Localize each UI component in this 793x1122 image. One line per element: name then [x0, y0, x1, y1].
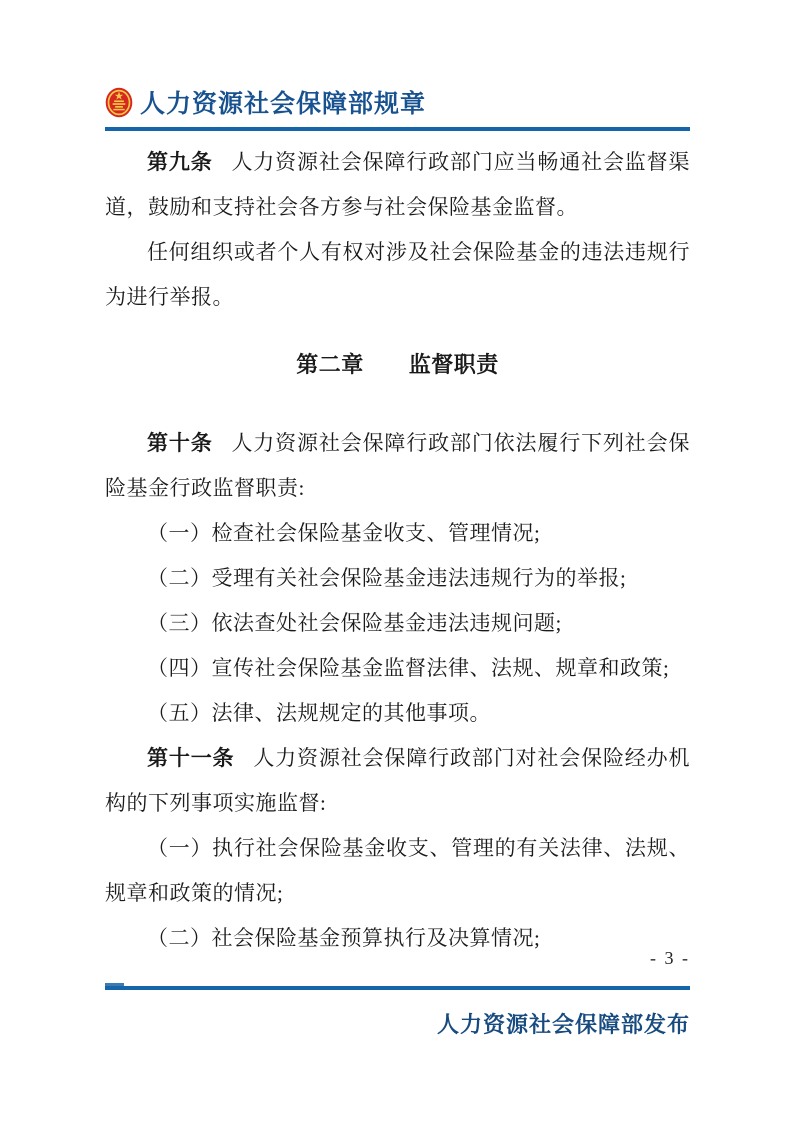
header-divider	[105, 127, 690, 131]
header-title: 人力资源社会保障部规章	[140, 84, 426, 120]
article-10-item-3: （三）依法查处社会保险基金违法违规问题;	[105, 601, 690, 646]
article-9-label: 第九条	[147, 151, 213, 174]
article-10-label: 第十条	[147, 432, 213, 455]
chapter-2-heading-text: 第二章 监督职责	[296, 352, 499, 377]
document-body: 第九条人力资源社会保障行政部门应当畅通社会监督渠道，鼓励和支持社会各方参与社会保…	[105, 140, 690, 961]
article-10-item-4: （四）宣传社会保险基金监督法律、法规、规章和政策;	[105, 646, 690, 691]
national-emblem-icon	[105, 87, 133, 118]
document-page: 人力资源社会保障部规章 第九条人力资源社会保障行政部门应当畅通社会监督渠道，鼓励…	[0, 0, 793, 1122]
page-number: - 3 -	[650, 948, 690, 969]
article-10-item-2: （二）受理有关社会保险基金违法违规行为的举报;	[105, 556, 690, 601]
article-10-item-4-text: （四）宣传社会保险基金监督法律、法规、规章和政策;	[147, 656, 669, 680]
article-11-item-2-text: （二）社会保险基金预算执行及决算情况;	[147, 926, 540, 950]
article-10-item-5: （五）法律、法规规定的其他事项。	[105, 691, 690, 736]
article-10-item-1: （一）检查社会保险基金收支、管理情况;	[105, 511, 690, 556]
paragraph-report-right: 任何组织或者个人有权对涉及社会保险基金的违法违规行为进行举报。	[105, 230, 690, 320]
article-11-item-2: （二）社会保险基金预算执行及决算情况;	[105, 916, 690, 961]
footer-divider	[105, 986, 690, 990]
article-10-item-2-text: （二）受理有关社会保险基金违法违规行为的举报;	[147, 566, 626, 590]
article-11-label: 第十一条	[147, 747, 234, 770]
article-10-item-1-text: （一）检查社会保险基金收支、管理情况;	[147, 521, 540, 545]
paragraph-article-9: 第九条人力资源社会保障行政部门应当畅通社会监督渠道，鼓励和支持社会各方参与社会保…	[105, 140, 690, 230]
document-header: 人力资源社会保障部规章	[105, 84, 690, 120]
paragraph-report-right-text: 任何组织或者个人有权对涉及社会保险基金的违法违规行为进行举报。	[105, 240, 690, 309]
article-10-item-3-text: （三）依法查处社会保险基金违法违规问题;	[147, 611, 562, 635]
chapter-2-heading: 第二章 监督职责	[105, 342, 690, 387]
article-11-item-1-text: （一）执行社会保险基金收支、管理的有关法律、法规、规章和政策的情况;	[105, 836, 690, 905]
article-10-item-5-text: （五）法律、法规规定的其他事项。	[147, 701, 491, 725]
paragraph-article-11: 第十一条人力资源社会保障行政部门对社会保险经办机构的下列事项实施监督:	[105, 736, 690, 826]
article-11-item-1: （一）执行社会保险基金收支、管理的有关法律、法规、规章和政策的情况;	[105, 826, 690, 916]
paragraph-article-10: 第十条人力资源社会保障行政部门依法履行下列社会保险基金行政监督职责:	[105, 421, 690, 511]
footer-publisher: 人力资源社会保障部发布	[437, 1008, 690, 1039]
